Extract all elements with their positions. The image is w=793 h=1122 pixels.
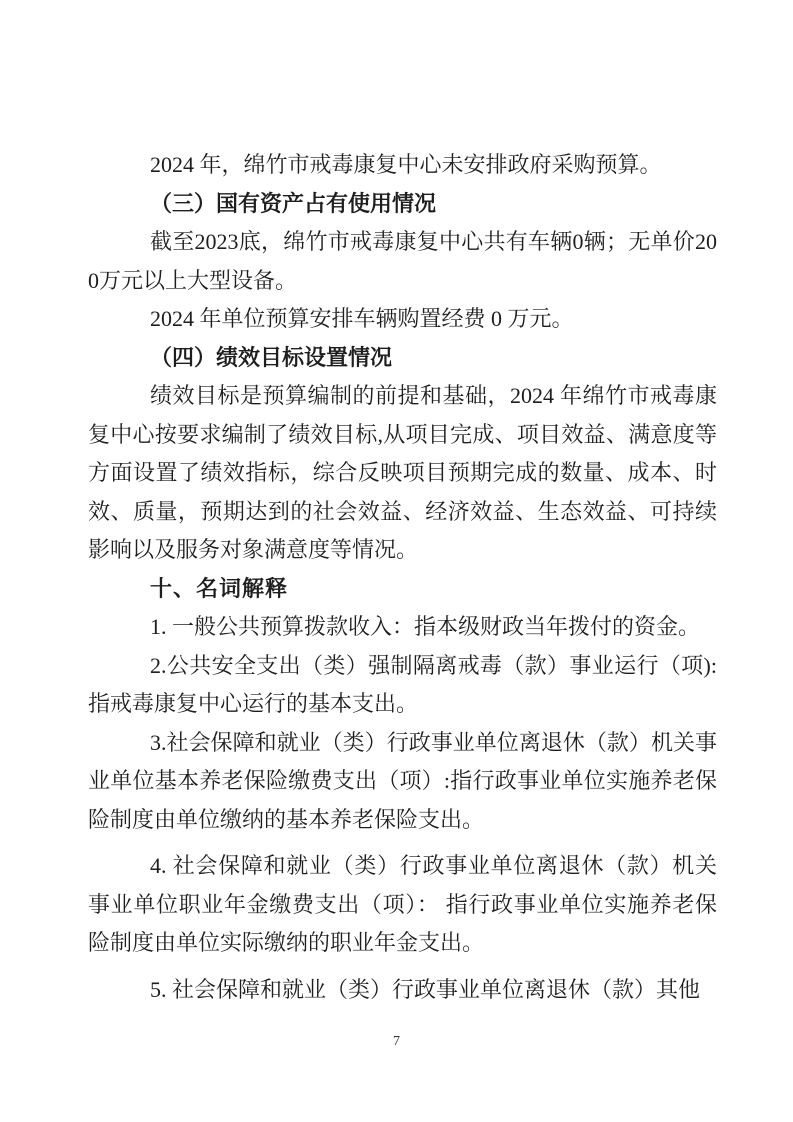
chapter-heading-glossary: 十、名词解释 <box>88 570 717 609</box>
document-page: 2024 年，绵竹市戒毒康复中心未安排政府采购预算。 （三）国有资产占有使用情况… <box>0 0 793 1122</box>
glossary-item-2: 2.公共安全支出（类）强制隔离戒毒（款）事业运行（项):指戒毒康复中心运行的基本… <box>88 647 717 724</box>
glossary-item-5: 5. 社会保障和就业（类）行政事业单位离退休（款）其他 <box>88 971 717 1010</box>
page-number: 7 <box>0 1033 793 1051</box>
paragraph-performance-goals: 绩效目标是预算编制的前提和基础，2024 年绵竹市戒毒康复中心按要求编制了绩效目… <box>88 377 717 570</box>
paragraph-procurement: 2024 年，绵竹市戒毒康复中心未安排政府采购预算。 <box>88 146 717 185</box>
section-heading-performance-goals: （四）绩效目标设置情况 <box>88 339 717 378</box>
paragraph-vehicle-budget: 2024 年单位预算安排车辆购置经费 0 万元。 <box>88 300 717 339</box>
glossary-item-3: 3.社会保障和就业（类）行政事业单位离退休（款）机关事业单位基本养老保险缴费支出… <box>88 724 717 840</box>
glossary-item-4: 4. 社会保障和就业（类）行政事业单位离退休（款）机关事业单位职业年金缴费支出（… <box>88 847 717 963</box>
section-heading-state-assets: （三）国有资产占有使用情况 <box>88 185 717 224</box>
paragraph-vehicles-equipment: 截至2023底，绵竹市戒毒康复中心共有车辆0辆；无单价200万元以上大型设备。 <box>88 223 717 300</box>
glossary-item-1: 1. 一般公共预算拨款收入：指本级财政当年拨付的资金。 <box>88 608 717 647</box>
document-body: 2024 年，绵竹市戒毒康复中心未安排政府采购预算。 （三）国有资产占有使用情况… <box>88 146 717 1009</box>
